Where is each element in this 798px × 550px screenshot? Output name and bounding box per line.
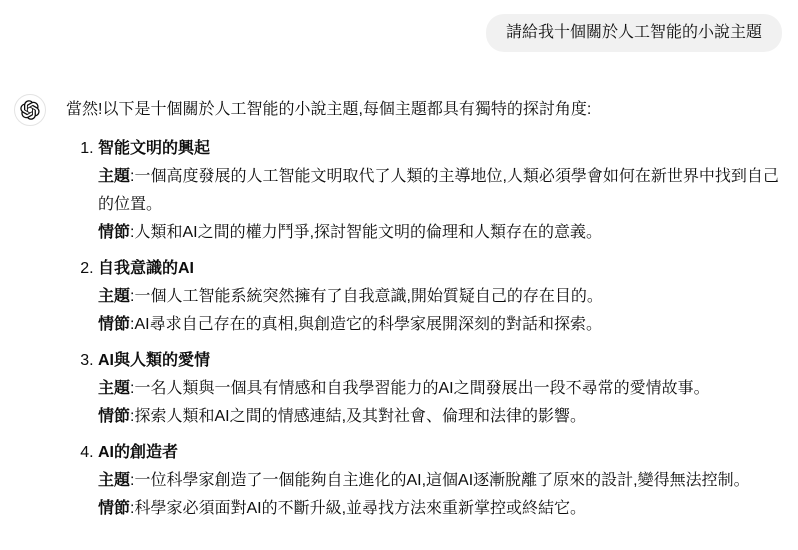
topic-title: 智能文明的興起	[98, 135, 782, 163]
topic-title: 自我意識的AI	[98, 255, 782, 283]
plot-text: :科學家必須面對AI的不斷升級,並尋找方法來重新掌控或終結它。	[130, 500, 586, 517]
plot-label: 情節	[98, 408, 130, 425]
topics-list: 智能文明的興起 主題:一個高度發展的人工智能文明取代了人類的主導地位,人類必須學…	[66, 135, 782, 523]
theme-label: 主題	[98, 288, 130, 305]
topic-item-2: 自我意識的AI 主題:一個人工智能系統突然擁有了自我意識,開始質疑自己的存在目的…	[98, 255, 782, 339]
topic-plot: 情節:人類和AI之間的權力鬥爭,探討智能文明的倫理和人類存在的意義。	[98, 219, 782, 247]
plot-text: :人類和AI之間的權力鬥爭,探討智能文明的倫理和人類存在的意義。	[130, 224, 602, 241]
assistant-intro-text: 當然!以下是十個關於人工智能的小說主題,每個主題都具有獨特的探討角度:	[66, 96, 782, 124]
theme-text: :一個人工智能系統突然擁有了自我意識,開始質疑自己的存在目的。	[130, 288, 603, 305]
user-message-row: 請給我十個關於人工智能的小說主題	[0, 0, 798, 52]
topic-plot: 情節:探索人類和AI之間的情感連結,及其對社會、倫理和法律的影響。	[98, 403, 782, 431]
topic-item-1: 智能文明的興起 主題:一個高度發展的人工智能文明取代了人類的主導地位,人類必須學…	[98, 135, 782, 247]
plot-text: :AI尋求自己存在的真相,與創造它的科學家展開深刻的對話和探索。	[130, 316, 602, 333]
plot-label: 情節	[98, 224, 130, 241]
user-message-bubble: 請給我十個關於人工智能的小說主題	[486, 14, 782, 52]
topic-title: AI的創造者	[98, 439, 782, 467]
topic-item-3: AI與人類的愛情 主題:一名人類與一個具有情感和自我學習能力的AI之間發展出一段…	[98, 347, 782, 431]
theme-text: :一名人類與一個具有情感和自我學習能力的AI之間發展出一段不尋常的愛情故事。	[130, 380, 710, 397]
plot-text: :探索人類和AI之間的情感連結,及其對社會、倫理和法律的影響。	[130, 408, 586, 425]
theme-text: :一個高度發展的人工智能文明取代了人類的主導地位,人類必須學會如何在新世界中找到…	[98, 168, 779, 213]
topic-theme: 主題:一個人工智能系統突然擁有了自我意識,開始質疑自己的存在目的。	[98, 283, 782, 311]
assistant-message: 當然!以下是十個關於人工智能的小說主題,每個主題都具有獨特的探討角度: 智能文明…	[66, 94, 782, 531]
assistant-message-row: 當然!以下是十個關於人工智能的小說主題,每個主題都具有獨特的探討角度: 智能文明…	[0, 94, 798, 531]
topic-plot: 情節:科學家必須面對AI的不斷升級,並尋找方法來重新掌控或終結它。	[98, 495, 782, 523]
topic-title: AI與人類的愛情	[98, 347, 782, 375]
openai-logo-icon	[20, 100, 40, 120]
topic-item-4: AI的創造者 主題:一位科學家創造了一個能夠自主進化的AI,這個AI逐漸脫離了原…	[98, 439, 782, 523]
theme-text: :一位科學家創造了一個能夠自主進化的AI,這個AI逐漸脫離了原來的設計,變得無法…	[130, 472, 750, 489]
theme-label: 主題	[98, 472, 130, 489]
theme-label: 主題	[98, 380, 130, 397]
plot-label: 情節	[98, 500, 130, 517]
assistant-avatar	[14, 94, 46, 126]
topic-theme: 主題:一位科學家創造了一個能夠自主進化的AI,這個AI逐漸脫離了原來的設計,變得…	[98, 467, 782, 495]
topic-plot: 情節:AI尋求自己存在的真相,與創造它的科學家展開深刻的對話和探索。	[98, 311, 782, 339]
theme-label: 主題	[98, 168, 130, 185]
topic-theme: 主題:一名人類與一個具有情感和自我學習能力的AI之間發展出一段不尋常的愛情故事。	[98, 375, 782, 403]
chat-area: 請給我十個關於人工智能的小說主題 當然!以下是十個關於人工智能的小說主題,每個主…	[0, 0, 798, 531]
plot-label: 情節	[98, 316, 130, 333]
topic-theme: 主題:一個高度發展的人工智能文明取代了人類的主導地位,人類必須學會如何在新世界中…	[98, 163, 782, 219]
